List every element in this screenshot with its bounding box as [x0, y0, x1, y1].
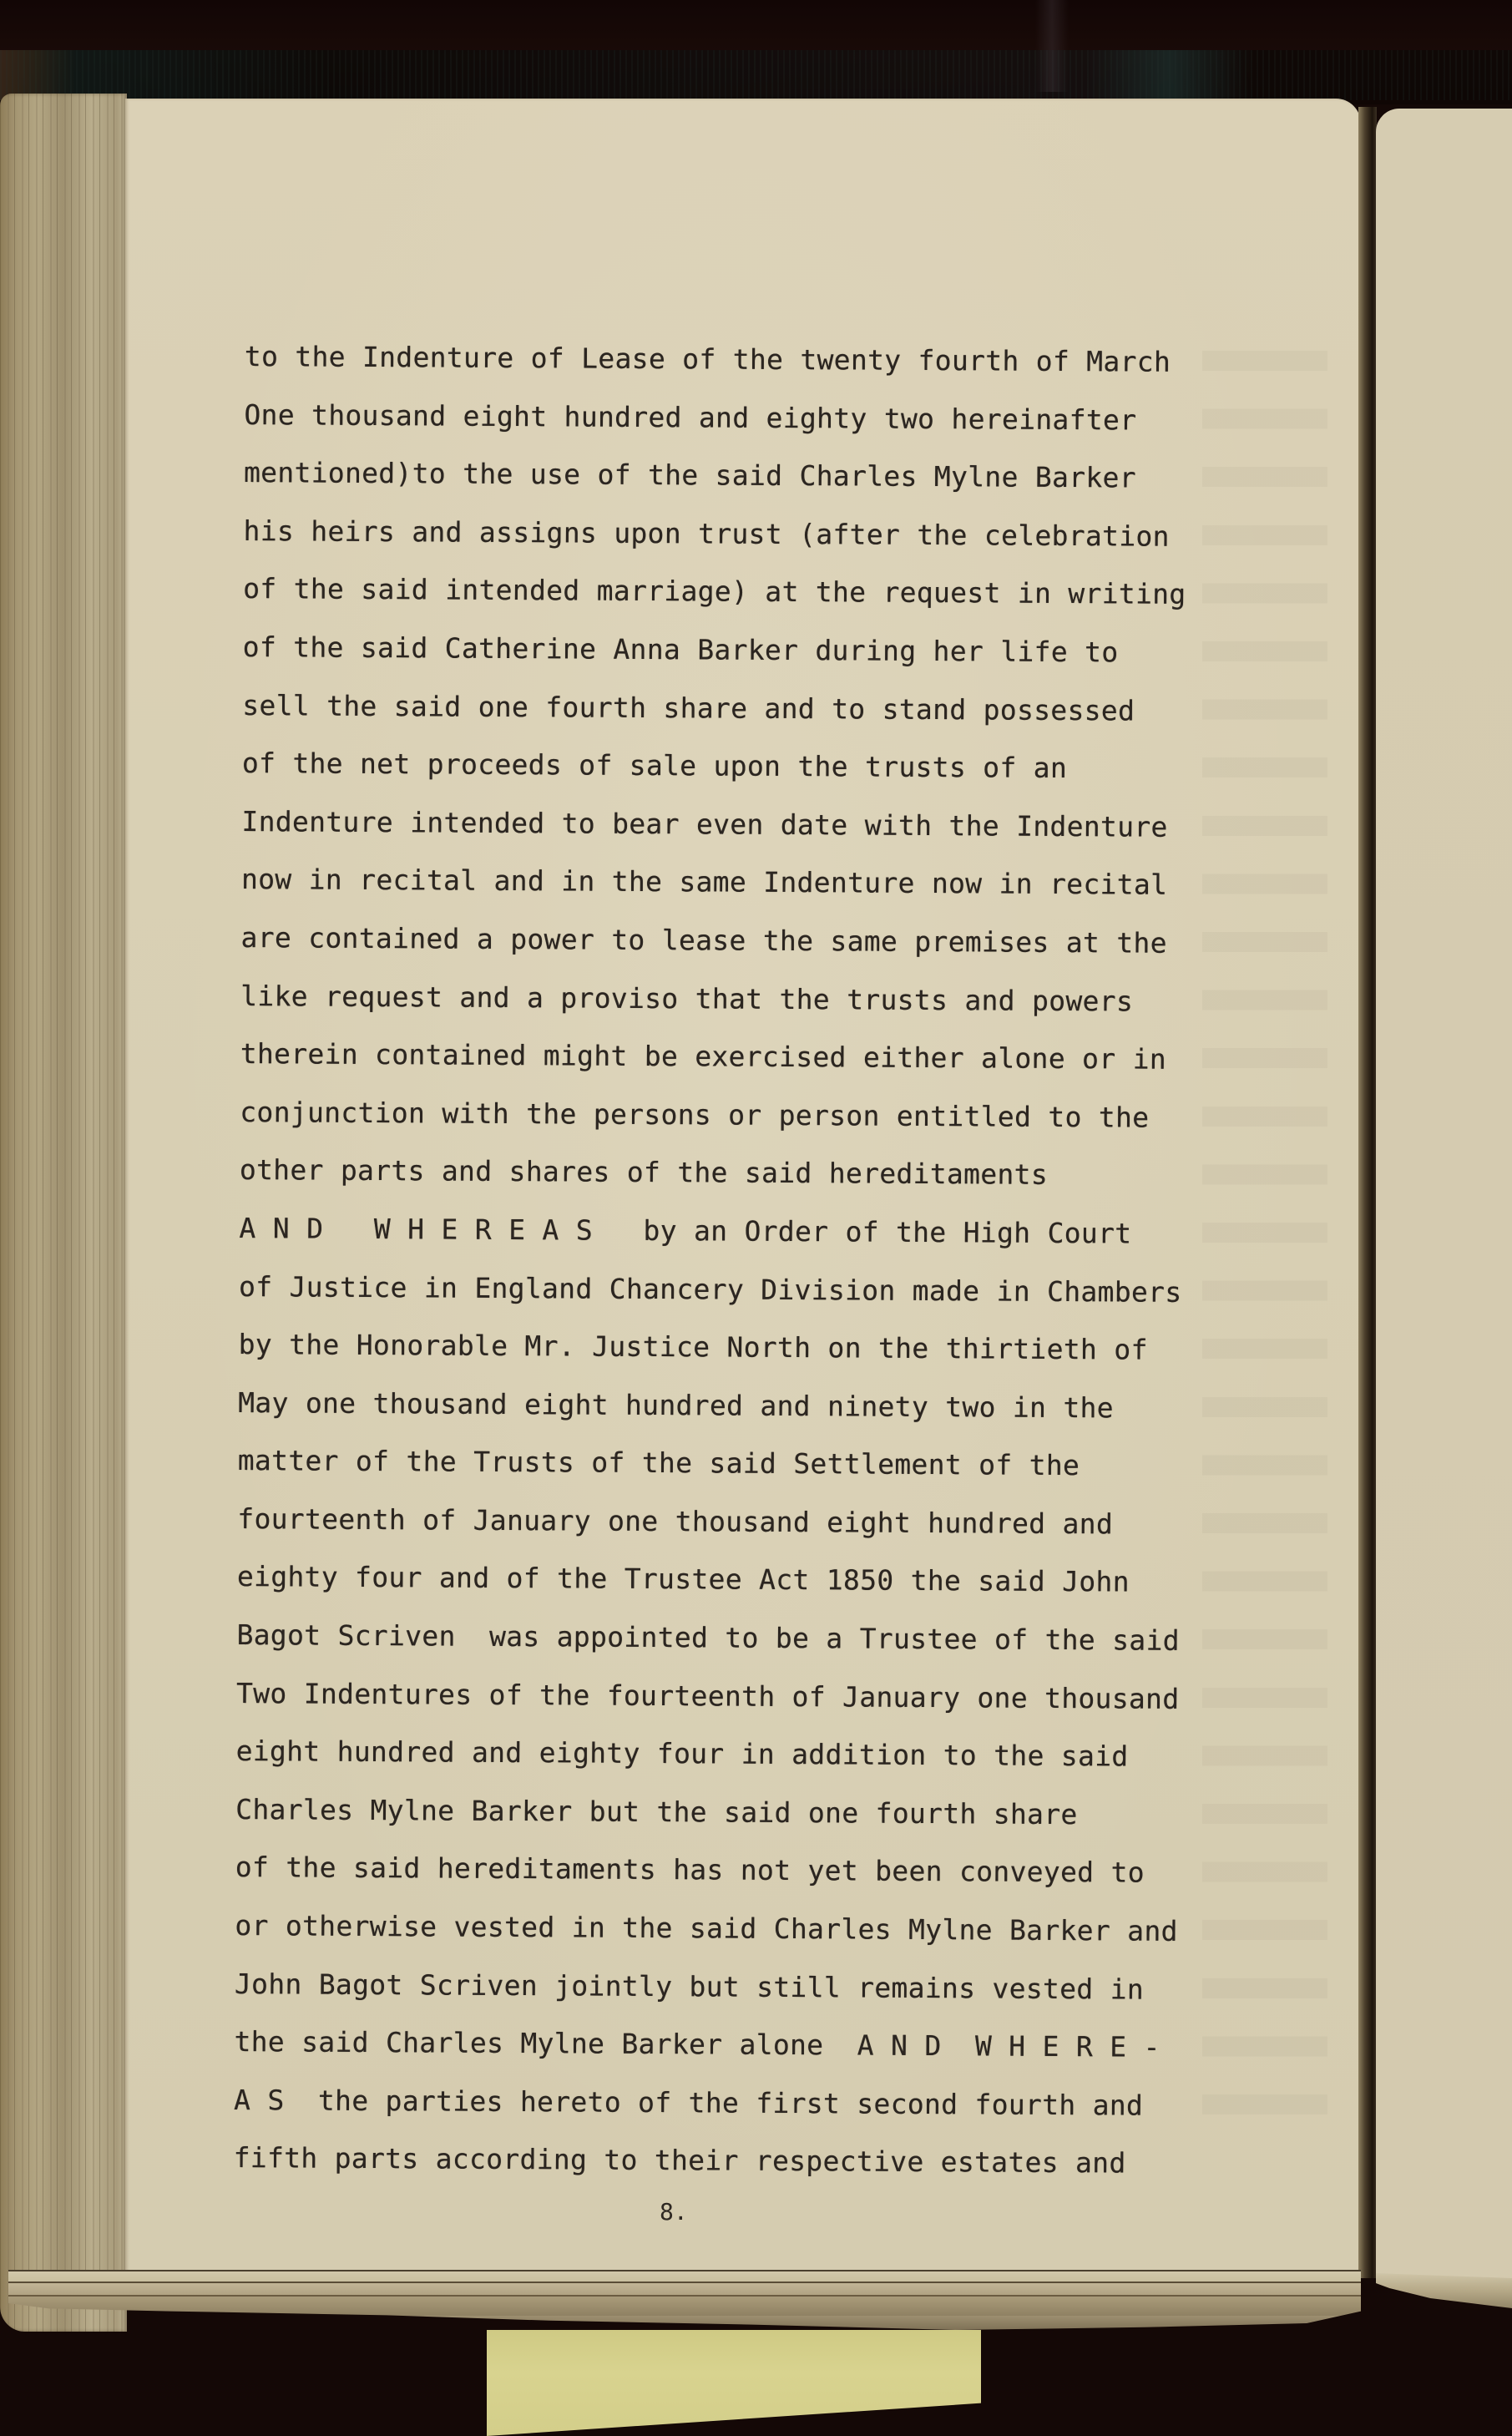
book-cover-top [0, 0, 1512, 104]
text-line: Charles Mylne Barker but the said one fo… [235, 1791, 1321, 1856]
text-line: other parts and shares of the said hered… [240, 1152, 1325, 1217]
text-line: of the net proceeds of sale upon the tru… [242, 745, 1327, 810]
text-line: to the Indenture of Lease of the twenty … [245, 338, 1330, 403]
text-line: May one thousand eight hundred and ninet… [238, 1385, 1323, 1450]
text-line: fifth parts according to their respectiv… [233, 2140, 1318, 2205]
text-line: like request and a proviso that the trus… [240, 978, 1326, 1043]
text-line: his heirs and assigns upon trust (after … [243, 513, 1328, 578]
text-line: eight hundred and eighty four in additio… [235, 1733, 1321, 1798]
facing-page [1376, 109, 1512, 2278]
page-number: 8. [660, 2198, 688, 2226]
page-stack-edges [0, 94, 127, 2332]
text-line: of the said Catherine Anna Barker during… [242, 629, 1327, 694]
text-line: fourteenth of January one thousand eight… [237, 1501, 1322, 1566]
page-bottom-edges [8, 2270, 1361, 2337]
facing-page-bottom-edges [1376, 2273, 1512, 2323]
text-line: matter of the Trusts of the said Settlem… [237, 1442, 1322, 1507]
cover-sheen [1035, 0, 1069, 92]
text-line: by the Honorable Mr. Justice North on th… [238, 1326, 1323, 1391]
text-line: One thousand eight hundred and eighty tw… [244, 397, 1329, 462]
text-line: of Justice in England Chancery Division … [239, 1268, 1324, 1333]
text-line: therein contained might be exercised eit… [240, 1036, 1325, 1101]
text-line: Indenture intended to bear even date wit… [241, 803, 1327, 869]
text-line: conjunction with the persons or person e… [240, 1094, 1325, 1159]
book-gutter [1358, 107, 1377, 2278]
text-line: Two Indentures of the fourteenth of Janu… [236, 1675, 1322, 1740]
text-line: of the said intended marriage) at the re… [243, 570, 1328, 636]
typed-text-block: to the Indenture of Lease of the twenty … [233, 338, 1330, 2205]
text-line: Bagot Scriven was appointed to be a Trus… [236, 1617, 1322, 1682]
text-line-and-whereas: A N D W H E R E A S by an Order of the H… [239, 1210, 1324, 1275]
text-line: are contained a power to lease the same … [240, 919, 1326, 985]
yellow-bookmark-slip [487, 2330, 981, 2436]
text-line: eighty four and of the Trustee Act 1850 … [237, 1558, 1322, 1623]
text-line: sell the said one fourth share and to st… [242, 687, 1327, 752]
text-line: or otherwise vested in the said Charles … [235, 1907, 1320, 1973]
text-line: now in recital and in the same Indenture… [241, 861, 1327, 926]
text-line: A S the parties hereto of the first seco… [234, 2082, 1319, 2147]
text-line: John Bagot Scriven jointly but still rem… [235, 1966, 1320, 2031]
text-line: of the said hereditaments has not yet be… [235, 1849, 1321, 1914]
text-line-and-whereas: the said Charles Mylne Barker alone A N … [234, 2023, 1319, 2089]
text-line: mentioned)to the use of the said Charles… [244, 454, 1329, 519]
